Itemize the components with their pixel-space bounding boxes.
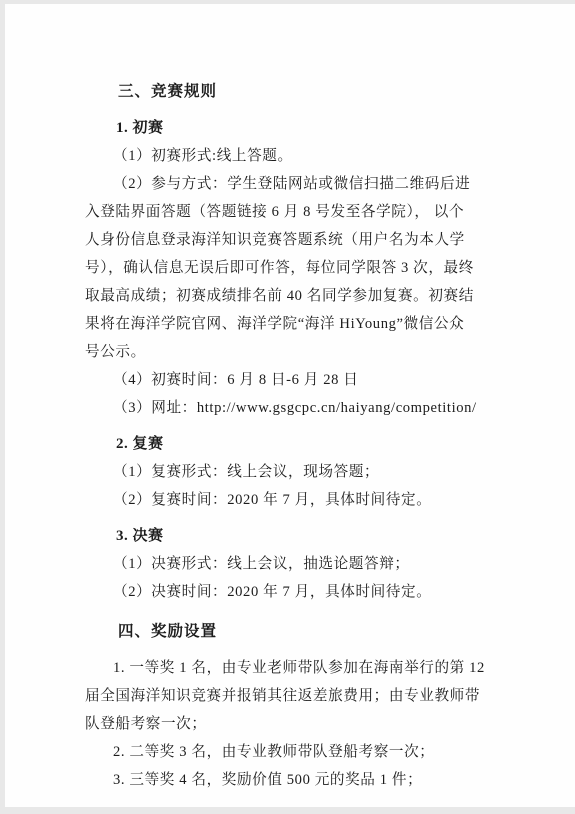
award-second-prize-line: 2. 二等奖 3 名，由专业教师带队登船考察一次； — [85, 738, 505, 766]
subheading-preliminary-round: 1. 初赛 — [85, 114, 505, 142]
doc-line: 果将在海洋学院官网、海洋学院“海洋 HiYoung”微信公众 — [85, 310, 505, 338]
award-first-prize-line: 1. 一等奖 1 名，由专业老师带队参加在海南举行的第 12 — [85, 654, 505, 682]
competition-url-line: （3）网址：http://www.gsgcpc.cn/haiyang/compe… — [85, 394, 505, 422]
subheading-final-round: 3. 决赛 — [85, 522, 505, 550]
section-heading-award-setup: 四、奖励设置 — [85, 618, 505, 646]
doc-line: 届全国海洋知识竞赛并报销其往返差旅费用；由专业教师带 — [85, 682, 505, 710]
doc-line: 人身份信息登录海洋知识竞赛答题系统（用户名为本人学 — [85, 226, 505, 254]
doc-line: 队登船考察一次； — [85, 710, 505, 738]
section-heading-competition-rules: 三、竞赛规则 — [85, 78, 505, 106]
doc-line: 号），确认信息无误后即可作答，每位同学限答 3 次，最终 — [85, 254, 505, 282]
award-third-prize-line: 3. 三等奖 4 名，奖励价值 500 元的奖品 1 件； — [85, 766, 505, 794]
preliminary-time-line: （4）初赛时间：6 月 8 日-6 月 28 日 — [85, 366, 505, 394]
doc-line: （2）决赛时间：2020 年 7 月，具体时间待定。 — [85, 578, 505, 606]
document-viewer: { "page": { "frame_color": "#e8e8e8", "p… — [0, 0, 575, 814]
document-page: 三、竞赛规则1. 初赛（1）初赛形式:线上答题。（2）参与方式：学生登陆网站或微… — [5, 4, 575, 807]
doc-line: 入登陆界面答题（答题链接 6 月 8 号发至各学院）， 以个 — [85, 198, 505, 226]
doc-line: （1）决赛形式：线上会议，抽选论题答辩； — [85, 550, 505, 578]
doc-line: （1）复赛形式：线上会议，现场答题； — [85, 458, 505, 486]
doc-line: （2）参与方式：学生登陆网站或微信扫描二维码后进 — [85, 170, 505, 198]
subheading-semifinal-round: 2. 复赛 — [85, 430, 505, 458]
document-body: 三、竞赛规则1. 初赛（1）初赛形式:线上答题。（2）参与方式：学生登陆网站或微… — [85, 66, 505, 794]
doc-line: （2）复赛时间：2020 年 7 月，具体时间待定。 — [85, 486, 505, 514]
doc-line: 号公示。 — [85, 338, 505, 366]
doc-line: （1）初赛形式:线上答题。 — [85, 142, 505, 170]
doc-line: 取最高成绩；初赛成绩排名前 40 名同学参加复赛。初赛结 — [85, 282, 505, 310]
